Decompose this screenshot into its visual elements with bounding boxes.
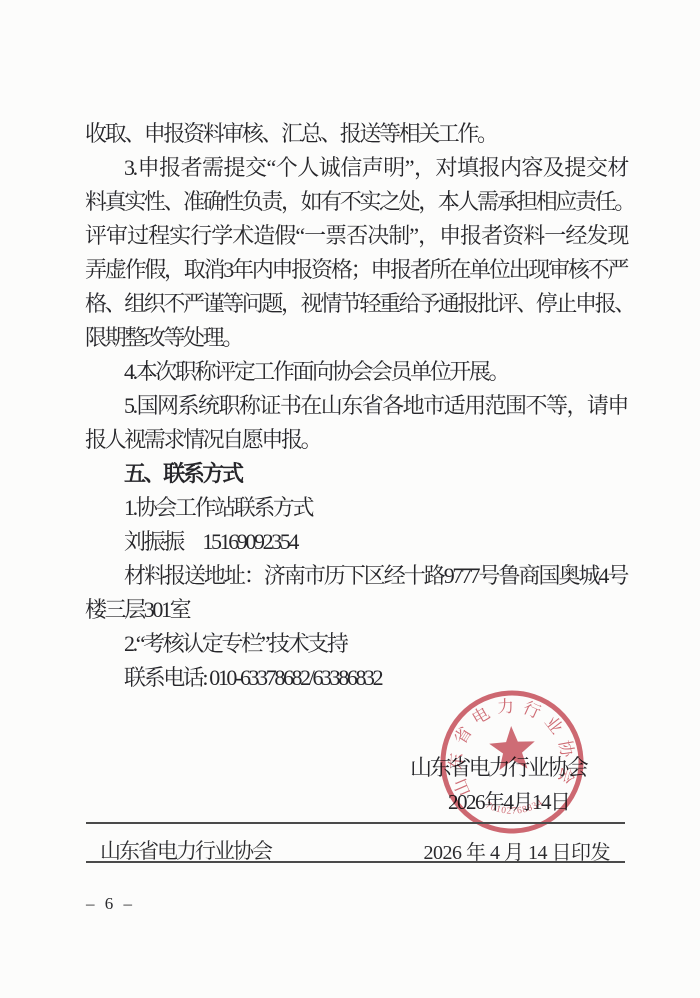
page-number: – 6 –: [86, 894, 135, 914]
footer-rule-bottom: [86, 861, 625, 863]
mailing-address-line: 材料报送地址：济南市历下区经十路9777号鲁商国奥城4号: [85, 559, 627, 593]
mailing-address-line: 楼三层301室: [85, 593, 627, 627]
footer-rule-top: [86, 822, 625, 824]
body-line: 3.申报者需提交“个人诚信声明”，对填报内容及提交材: [85, 151, 627, 185]
body-line: 2.“考核认定专栏”技术支持: [85, 627, 627, 661]
section-heading-contact: 五、联系方式: [85, 457, 627, 491]
body-line: 弄虚作假，取消3年内申报资格；申报者所在单位出现审核不严: [85, 253, 627, 287]
document-body: 收取、申报资料审核、汇总、报送等相关工作。 3.申报者需提交“个人诚信声明”，对…: [85, 117, 627, 695]
body-line: 1.协会工作站联系方式: [85, 491, 627, 525]
star-icon: [488, 725, 536, 771]
body-line: 报人视需求情况自愿申报。: [85, 423, 627, 457]
body-line: 限期整改等处理。: [85, 321, 627, 355]
official-seal: 山东省电力行业协会 3701027688340: [432, 682, 592, 842]
body-line: 料真实性、准确性负责，如有不实之处，本人需承担相应责任。: [85, 185, 627, 219]
contact-name-phone: 刘振振 15169092354: [85, 525, 627, 559]
document-page: 收取、申报资料审核、汇总、报送等相关工作。 3.申报者需提交“个人诚信声明”，对…: [0, 0, 700, 998]
body-line: 5.国网系统职称证书在山东省各地市适用范围不等，请申: [85, 389, 627, 423]
body-line: 格、组织不严谨等问题，视情节轻重给予通报批评、停止申报、: [85, 287, 627, 321]
body-line: 评审过程实行学术造假“一票否决制”，申报者资料一经发现: [85, 219, 627, 253]
body-line: 收取、申报资料审核、汇总、报送等相关工作。: [85, 117, 627, 151]
body-line: 4.本次职称评定工作面向协会会员单位开展。: [85, 355, 627, 389]
